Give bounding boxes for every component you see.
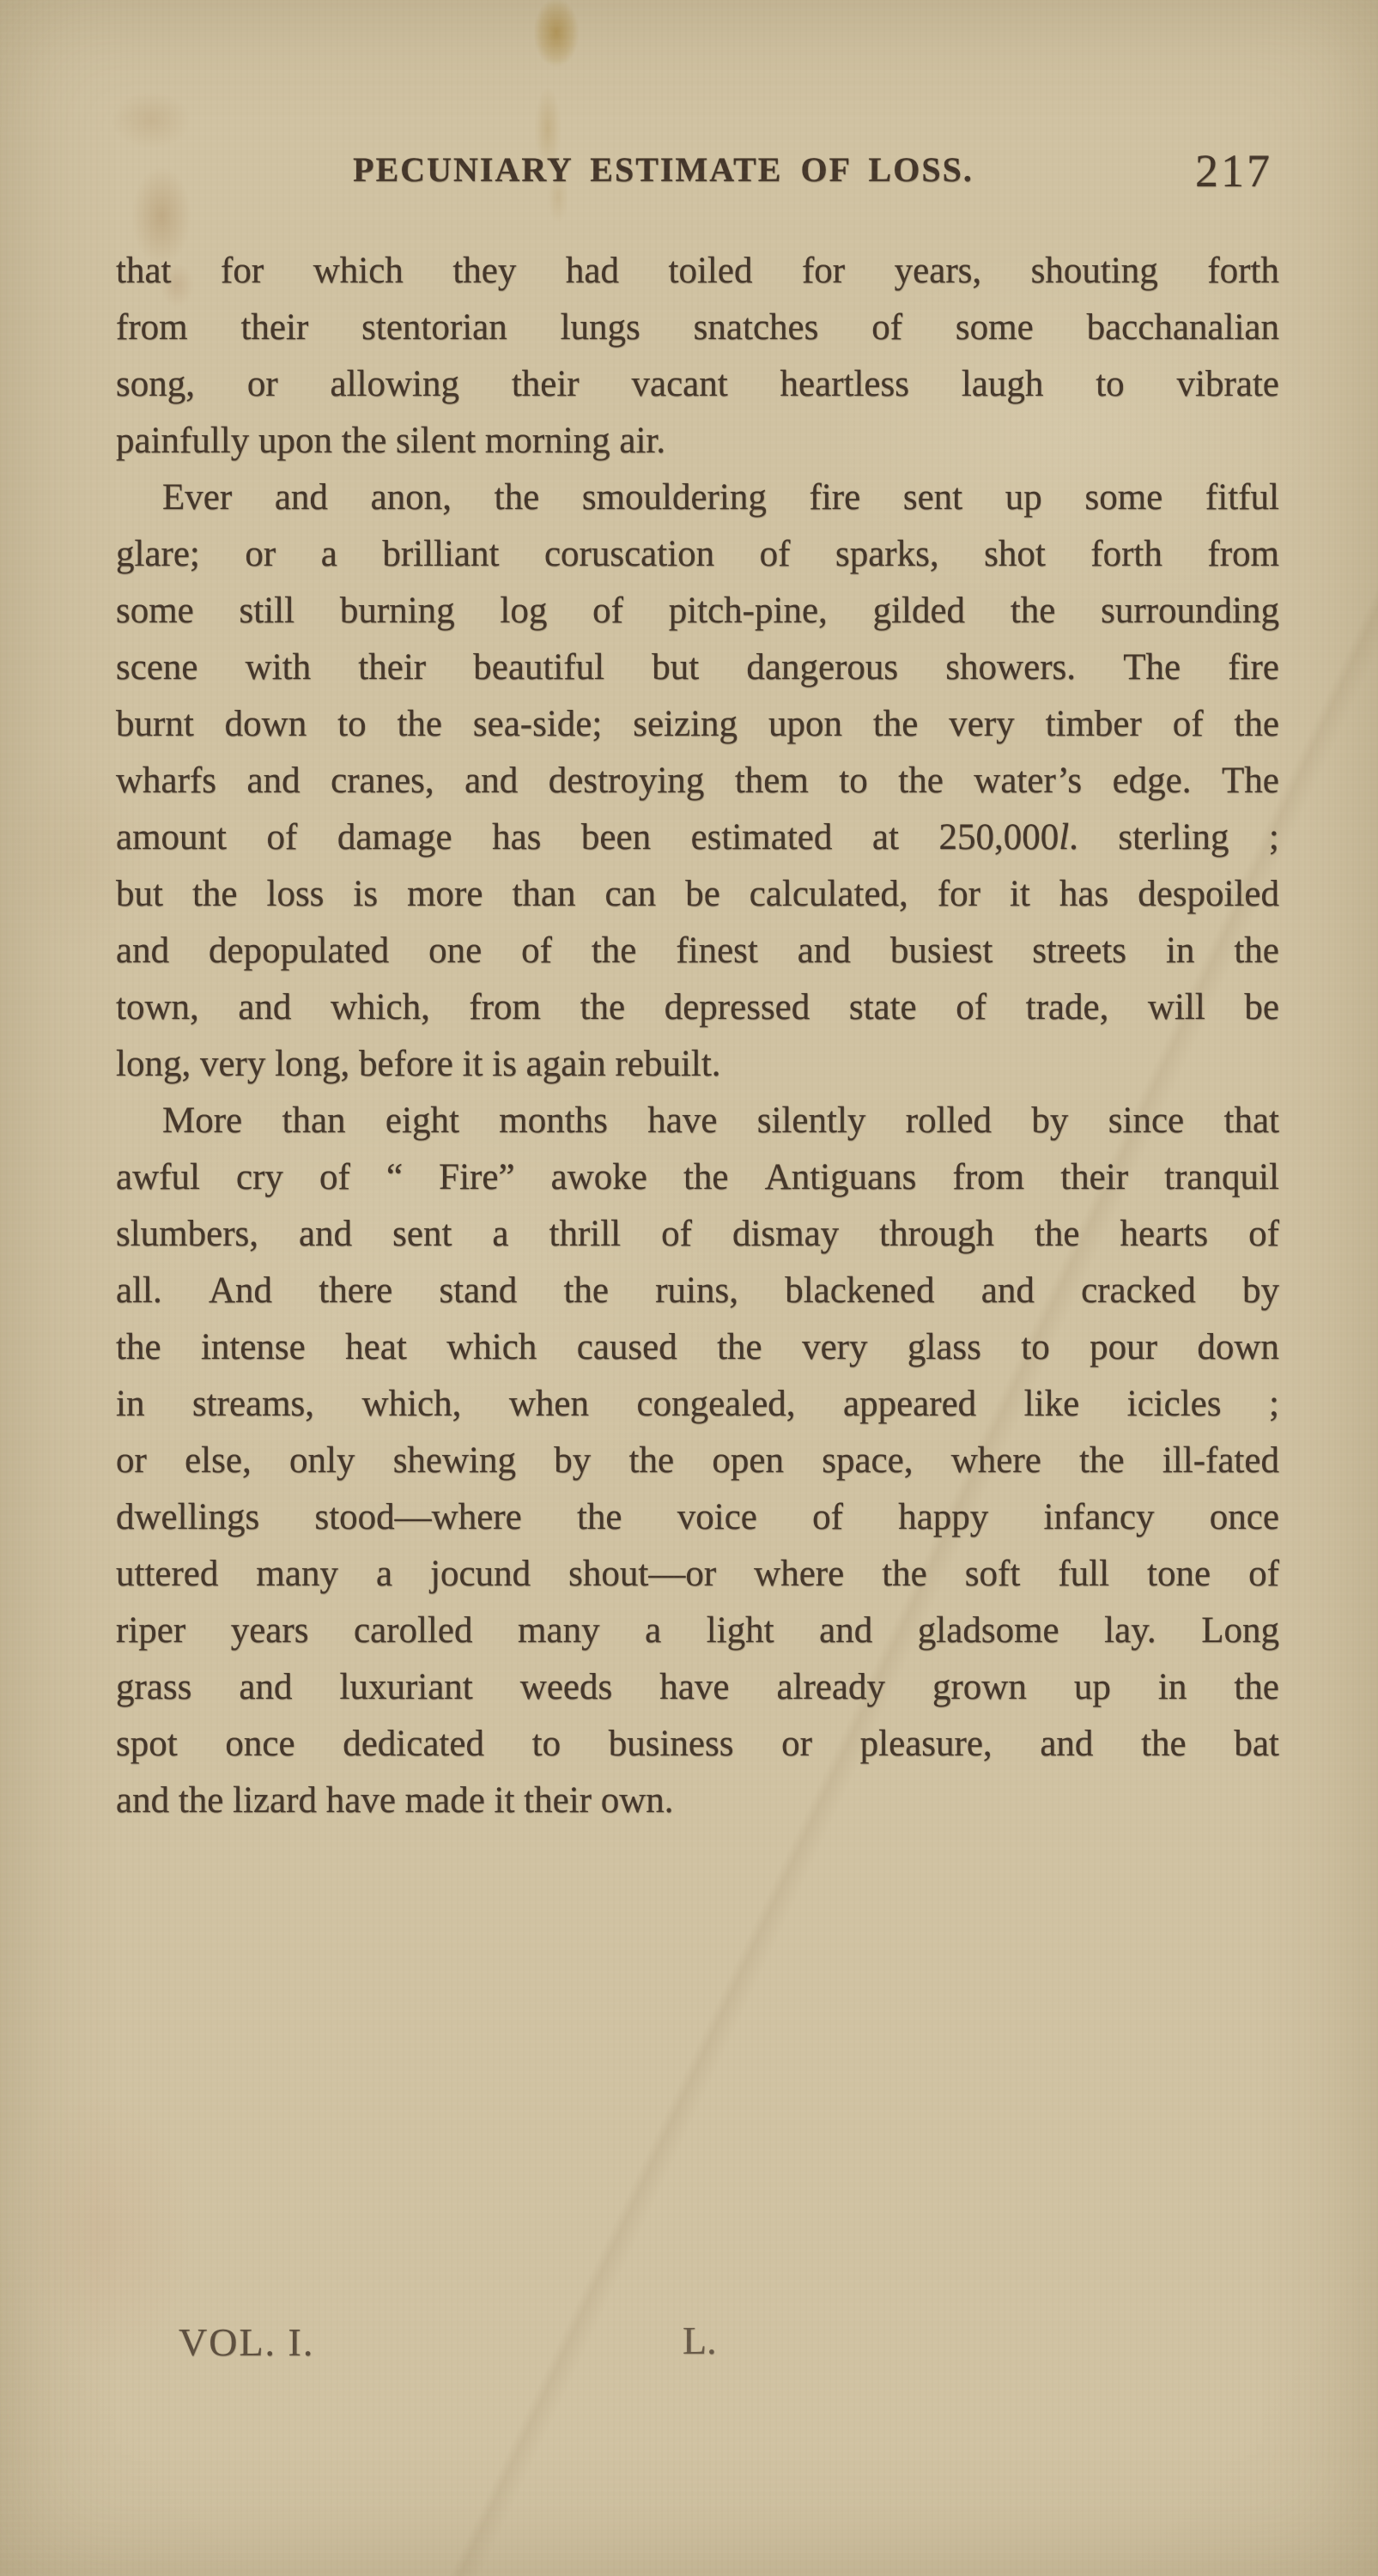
text-line: thatforwhichtheyhadtoiledforyears,shouti… [116, 243, 1279, 300]
text-line: painfully upon the silent morning air. [116, 413, 1279, 470]
text-line: dwellingsstood—wherethevoiceofhappyinfan… [116, 1489, 1279, 1546]
text-line: amountofdamagehasbeenestimatedat250,000l… [116, 809, 1279, 866]
text-line: Everandanon,thesmoulderingfiresentupsome… [116, 470, 1279, 526]
text-line: theintenseheatwhichcausedtheveryglasstop… [116, 1319, 1279, 1376]
text-line: butthelossismorethancanbecalculated,fori… [116, 866, 1279, 923]
scanned-book-page: PECUNIARY ESTIMATE OF LOSS. 217 thatforw… [0, 0, 1378, 2576]
text-line: town,andwhich,fromthedepressedstateoftra… [116, 979, 1279, 1036]
text-line: wharfsandcranes,anddestroyingthemtothewa… [116, 753, 1279, 809]
text-line: utteredmanyajocundshout—orwherethesoftfu… [116, 1546, 1279, 1603]
text-line: and the lizard have made it their own. [116, 1773, 1279, 1829]
page-number: 217 [1195, 144, 1272, 197]
text-line: anddepopulatedoneofthefinestandbusiestst… [116, 923, 1279, 979]
text-line: awfulcryof“Fire”awoketheAntiguansfromthe… [116, 1149, 1279, 1206]
running-header: PECUNIARY ESTIMATE OF LOSS. 217 [116, 144, 1279, 196]
text-line: Morethaneightmonthshavesilentlyrolledbys… [116, 1093, 1279, 1149]
text-line: grassandluxuriantweedshavealreadygrownup… [116, 1659, 1279, 1716]
text-line: all.Andtherestandtheruins,blackenedandcr… [116, 1263, 1279, 1319]
text-line: glare;orabrilliantcoruscationofsparks,sh… [116, 526, 1279, 583]
text-line: spotoncededicatedtobusinessorpleasure,an… [116, 1716, 1279, 1773]
footer-signature-mark: L. [683, 2318, 717, 2363]
text-line: scenewiththeirbeautifulbutdangerousshowe… [116, 639, 1279, 696]
text-line: slumbers,andsentathrillofdismaythroughth… [116, 1206, 1279, 1263]
text-line: song,orallowingtheirvacantheartlesslaugh… [116, 356, 1279, 413]
text-line: orelse,onlyshewingbytheopenspace,whereth… [116, 1433, 1279, 1489]
body-text: thatforwhichtheyhadtoiledforyears,shouti… [116, 243, 1279, 1829]
page-title: PECUNIARY ESTIMATE OF LOSS. [116, 149, 1176, 190]
text-line: somestillburninglogofpitch-pine,gildedth… [116, 583, 1279, 639]
text-line: long, very long, before it is again rebu… [116, 1036, 1279, 1093]
footer-volume-label: VOL. I. [179, 2319, 314, 2365]
text-line: riperyearscarolledmanyalightandgladsomel… [116, 1603, 1279, 1659]
text-line: burntdowntothesea-side;seizinguponthever… [116, 696, 1279, 753]
text-line: instreams,which,whencongealed,appearedli… [116, 1376, 1279, 1433]
text-line: fromtheirstentorianlungssnatchesofsomeba… [116, 300, 1279, 356]
